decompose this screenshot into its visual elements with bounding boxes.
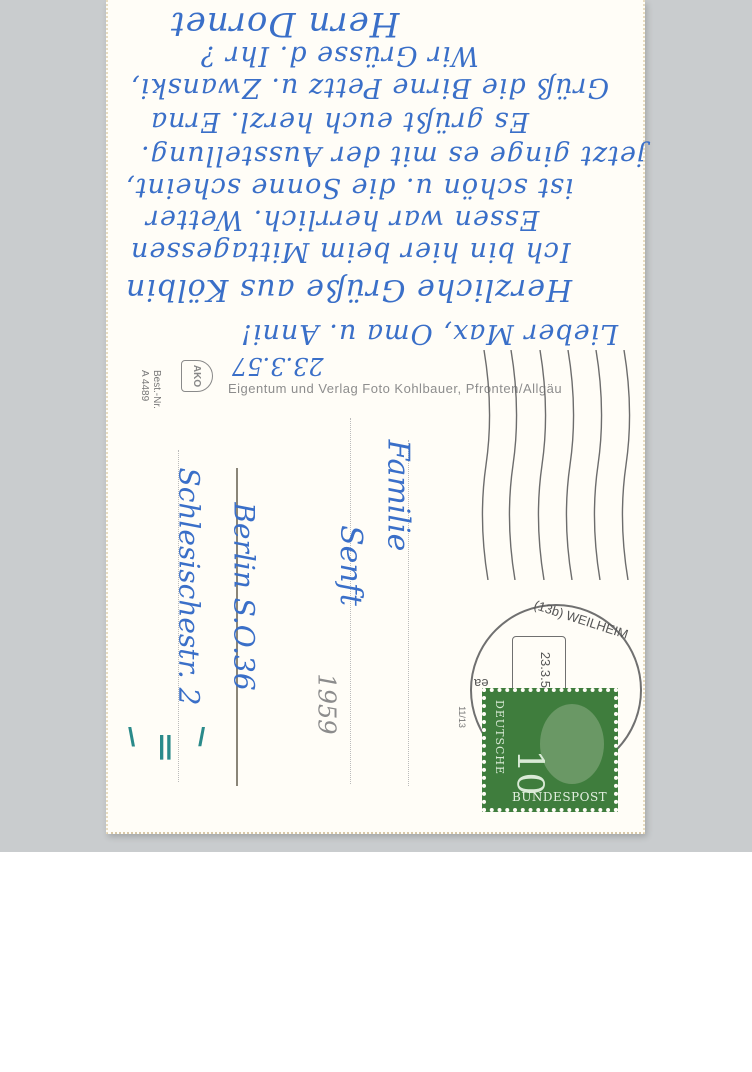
message-date: 23.3.57 [232,352,324,380]
cancellation-wave-icon [505,350,525,580]
pencil-postal-code: 1959 [313,673,341,734]
teal-mark: / [198,722,205,753]
message-line: ist schön u. die Sonne scheint, [125,172,573,203]
message-line: jetzt ginge es mit der Ausstellung. [140,140,645,171]
order-number-block: Best.-Nr. A 4489 [138,370,178,410]
ako-logo-icon: AKO [181,360,213,392]
stamp-portrait-icon [540,704,604,784]
stamp-issuer: BUNDESPOST [512,790,607,804]
stamp-value: 10 [508,750,549,796]
address-line-3: Berlin S.O.36 [228,502,261,690]
address-line-4: Schlesischestr. 2 [172,468,205,706]
message-line: Grüß die Birne Pettz u. Zwanski, [130,72,609,103]
message-line: Wir Grüsse d. Ihr ? [200,40,479,71]
cancellation-wave-icon [478,350,498,580]
order-label: Best.-Nr. [151,370,162,409]
address-line-1: Familie [380,440,415,552]
message-line: Ich bin hier beim Mittagessen [130,236,571,267]
teal-mark: || [158,730,173,761]
stamp-plate-code: 11/13 [457,706,467,728]
message-line: Lieber Max, Oma u. Anni! [240,318,618,349]
message-line: Herzliche Grüße aus Kölbin [125,272,572,307]
message-line: Es grüßt euch herzl. Erna [150,106,529,137]
cancellation-wave-icon [618,350,638,580]
stamp-country: DEUTSCHE [493,700,506,775]
postage-stamp: DEUTSCHE 10 BUNDESPOST [482,688,618,812]
cancellation-wave-icon [534,350,554,580]
cancellation-wave-icon [562,350,582,580]
order-number: A 4489 [139,370,150,401]
message-line: Hern Dornet [170,4,399,44]
cancellation-wave-icon [590,350,610,580]
message-line: Essen war herrlich. Wetter [145,204,539,235]
address-line-2: Senft [333,525,368,606]
teal-mark: \ [128,722,135,753]
